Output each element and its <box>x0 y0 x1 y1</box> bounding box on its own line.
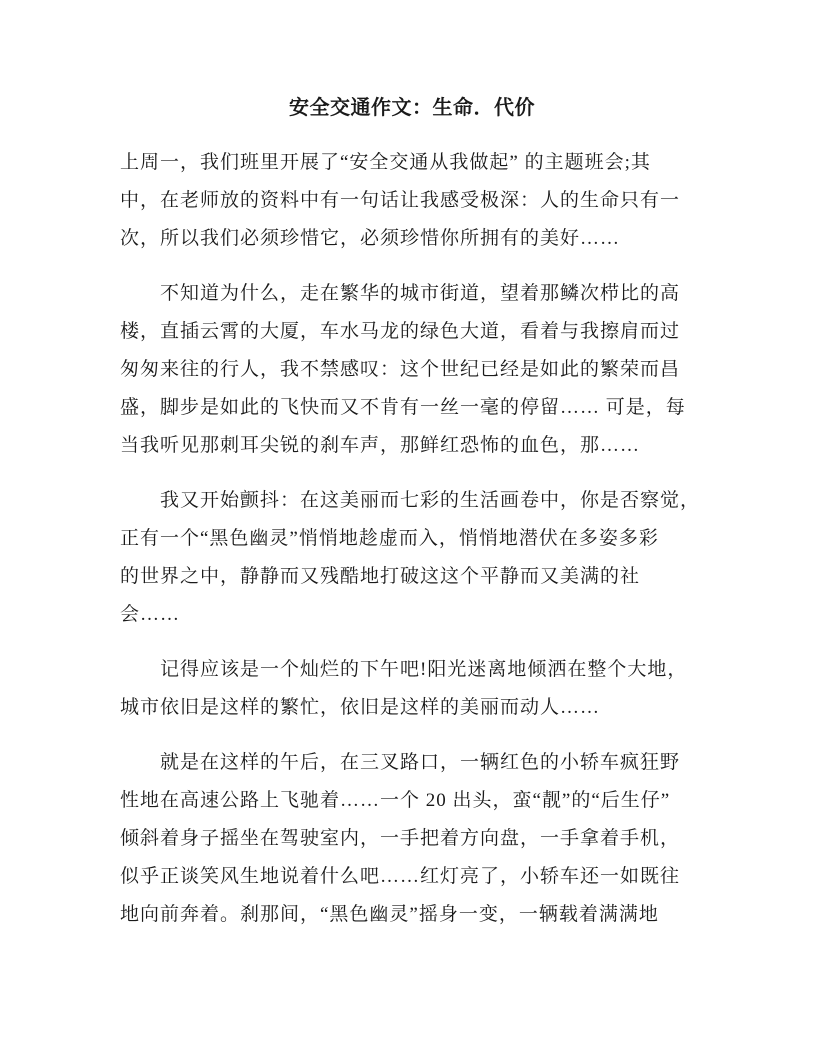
text-line: 记得应该是一个灿烂的下午吧!阳光迷离地倾洒在整个大地， <box>120 651 704 689</box>
document-content: 安全交通作文：生命．代价 上周一，我们班里开展了“安全交通从我做起” 的主题班会… <box>120 0 704 934</box>
text-line: 上周一，我们班里开展了“安全交通从我做起” 的主题班会;其 <box>120 144 704 182</box>
text-line: 会…… <box>120 596 704 634</box>
text-line: 正有一个“黑色幽灵”悄悄地趁虚而入，悄悄地潜伏在多姿多彩 <box>120 520 704 558</box>
paragraph: 上周一，我们班里开展了“安全交通从我做起” 的主题班会;其 中，在老师放的资料中… <box>120 144 704 258</box>
text-line: 城市依旧是这样的繁忙，依旧是这样的美丽而动人…… <box>120 689 704 727</box>
text-line: 当我听见那刺耳尖锐的刹车声，那鲜红恐怖的血色，那…… <box>120 427 704 465</box>
text-line: 的世界之中，静静而又残酷地打破这这个平静而又美满的社 <box>120 558 704 596</box>
text-line: 盛，脚步是如此的飞快而又不肯有一丝一毫的停留…… 可是，每 <box>120 389 704 427</box>
text-line: 我又开始颤抖：在这美丽而七彩的生活画卷中，你是否察觉， <box>120 482 704 520</box>
paragraph: 我又开始颤抖：在这美丽而七彩的生活画卷中，你是否察觉， 正有一个“黑色幽灵”悄悄… <box>120 482 704 634</box>
text-line: 地向前奔着。刹那间，“黑色幽灵”摇身一变，一辆载着满满地 <box>120 896 704 934</box>
document-page: 安全交通作文：生命．代价 上周一，我们班里开展了“安全交通从我做起” 的主题班会… <box>0 0 816 1056</box>
paragraph: 就是在这样的午后，在三叉路口，一辆红色的小轿车疯狂野 性地在高速公路上飞驰着……… <box>120 744 704 934</box>
text-line: 匆匆来往的行人，我不禁感叹：这个世纪已经是如此的繁荣而昌 <box>120 351 704 389</box>
document-title: 安全交通作文：生命．代价 <box>120 89 704 127</box>
paragraph: 不知道为什么，走在繁华的城市街道，望着那鳞次栉比的高 楼，直插云霄的大厦，车水马… <box>120 275 704 465</box>
text-line: 似乎正谈笑风生地说着什么吧……红灯亮了，小轿车还一如既往 <box>120 858 704 896</box>
paragraph: 记得应该是一个灿烂的下午吧!阳光迷离地倾洒在整个大地， 城市依旧是这样的繁忙，依… <box>120 651 704 727</box>
text-line: 中，在老师放的资料中有一句话让我感受极深：人的生命只有一 <box>120 182 704 220</box>
text-line: 就是在这样的午后，在三叉路口，一辆红色的小轿车疯狂野 <box>120 744 704 782</box>
text-line: 不知道为什么，走在繁华的城市街道，望着那鳞次栉比的高 <box>120 275 704 313</box>
text-line: 倾斜着身子摇坐在驾驶室内，一手把着方向盘，一手拿着手机， <box>120 820 704 858</box>
text-line: 性地在高速公路上飞驰着……一个 20 出头，蛮“靓”的“后生仔” <box>120 782 704 820</box>
text-line: 楼，直插云霄的大厦，车水马龙的绿色大道，看着与我擦肩而过 <box>120 313 704 351</box>
text-line: 次，所以我们必须珍惜它，必须珍惜你所拥有的美好…… <box>120 220 704 258</box>
